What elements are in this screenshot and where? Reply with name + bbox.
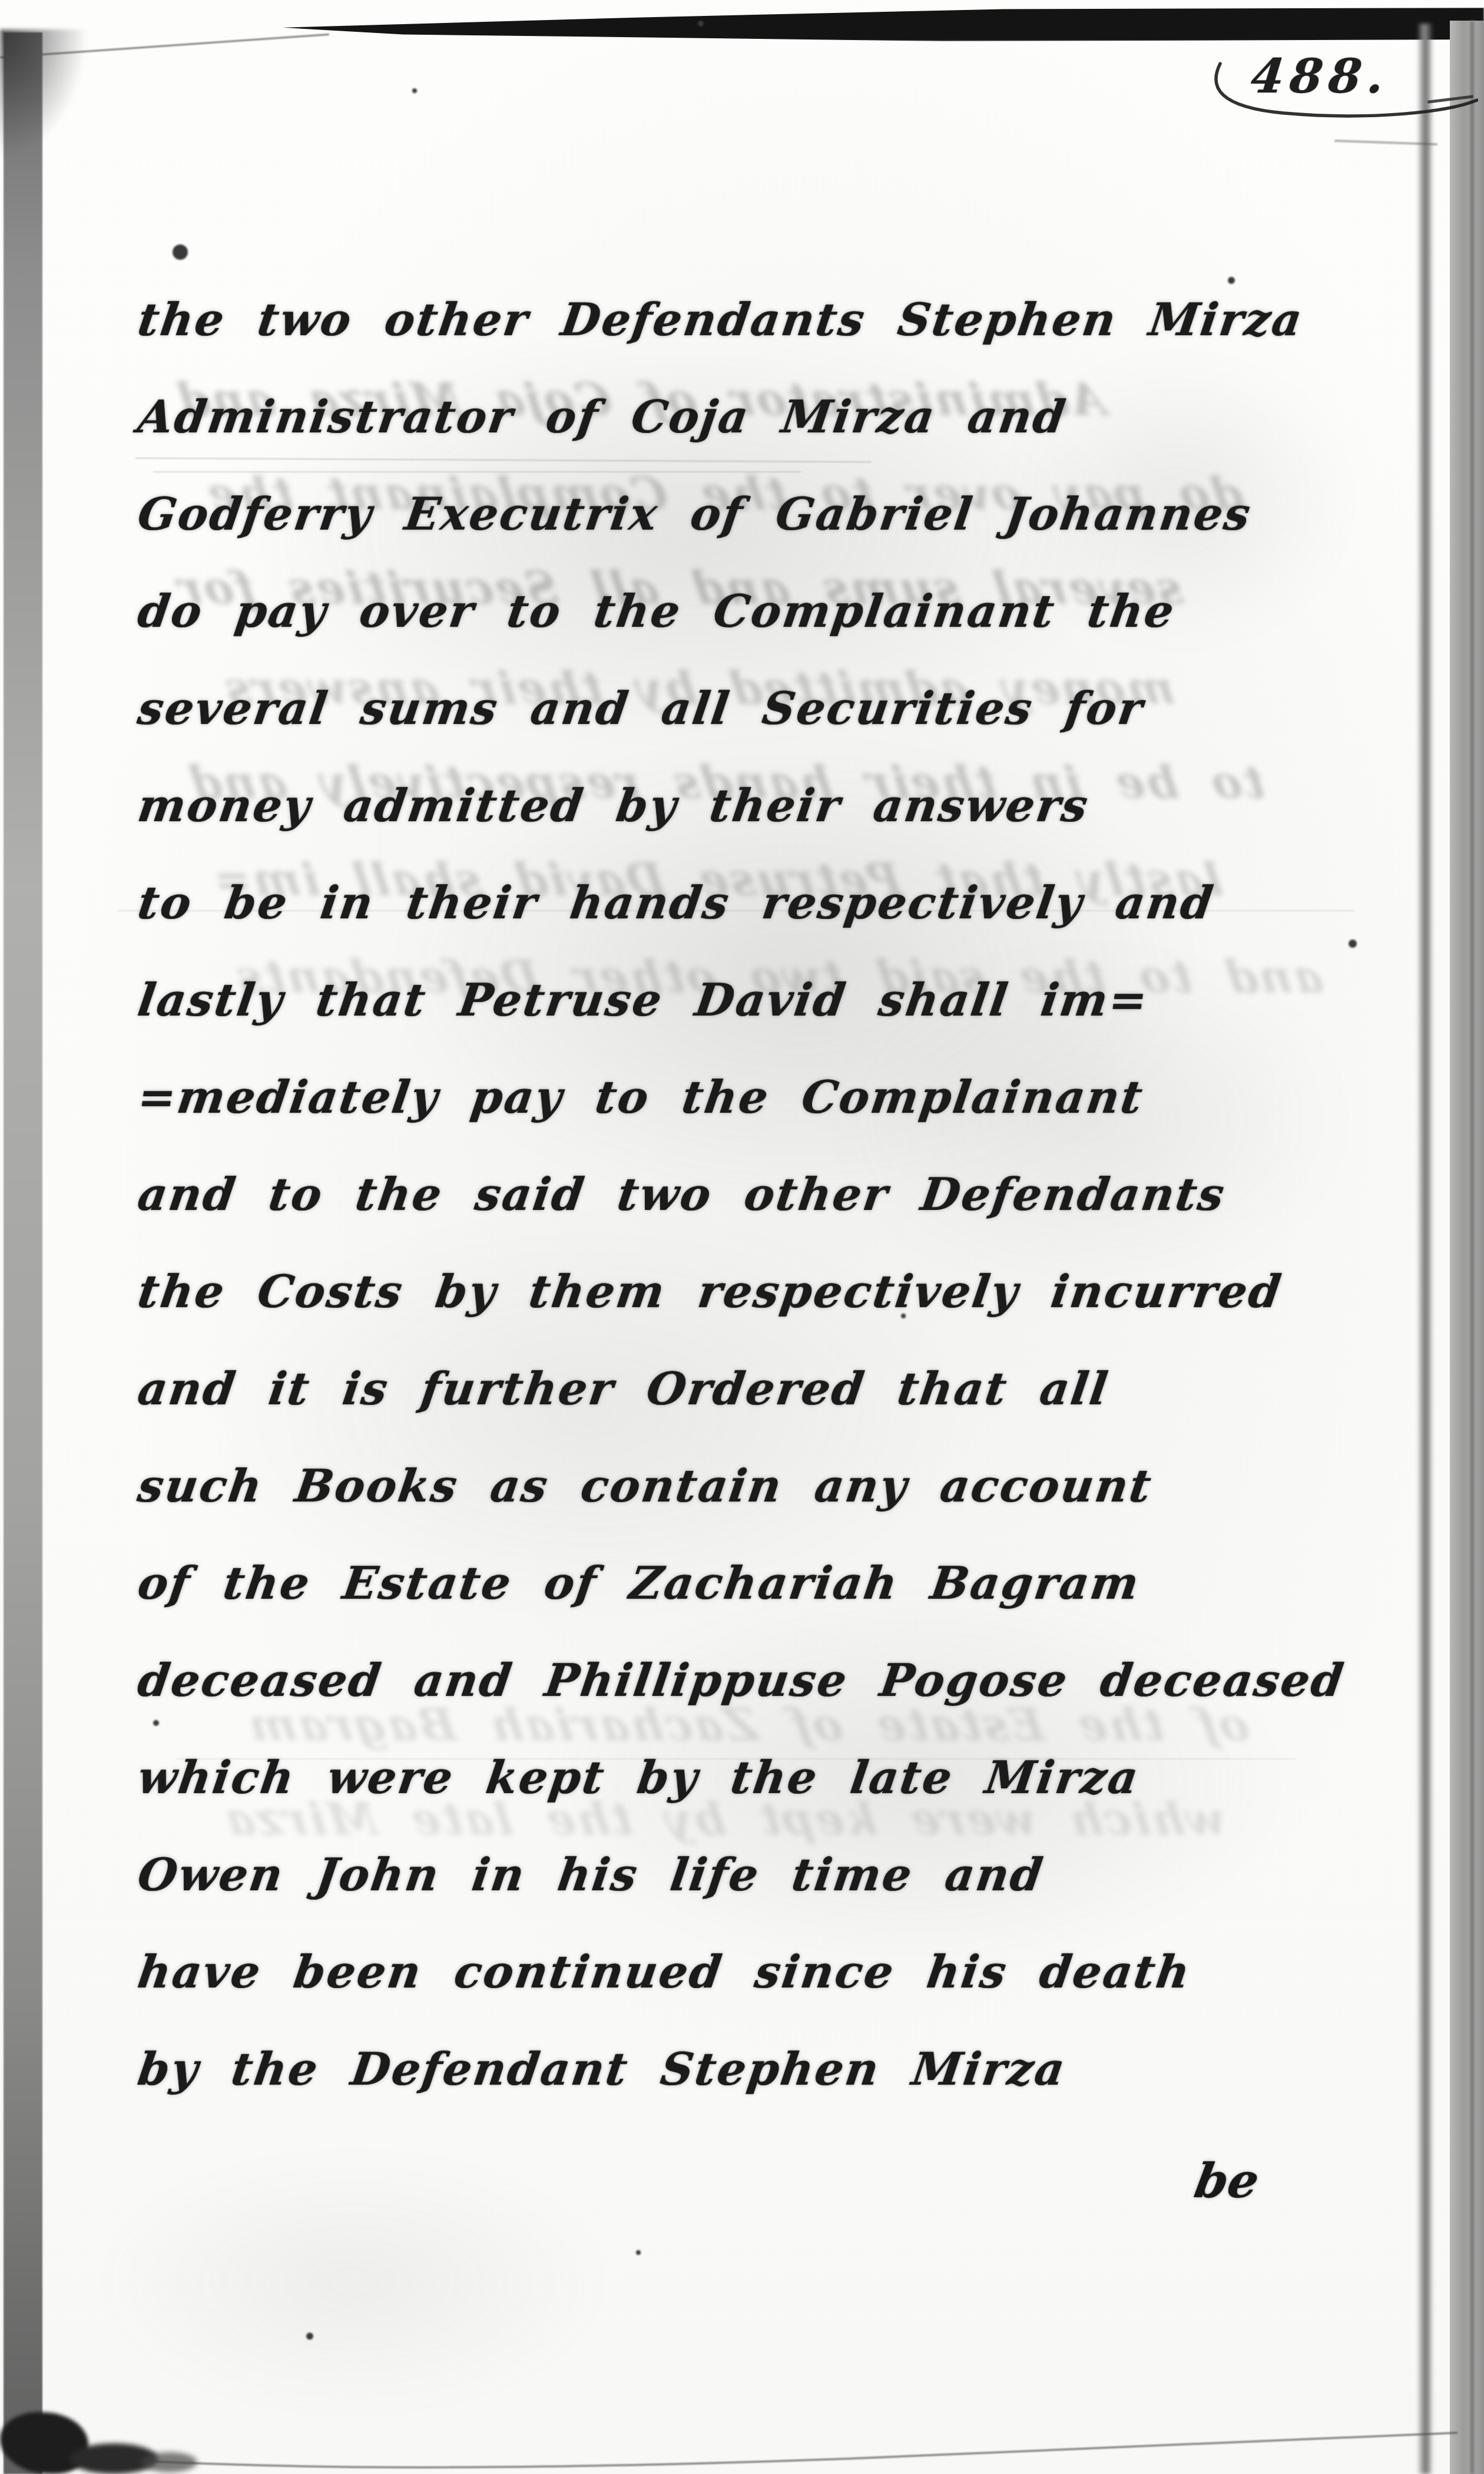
manuscript-line: have been continued since his death xyxy=(135,1950,1408,1995)
scan-speck xyxy=(412,88,417,93)
manuscript-line: do pay over to the Complainant the xyxy=(135,589,1408,634)
manuscript-line: the Costs by them respectively incurred xyxy=(135,1269,1408,1314)
manuscript-line: to be in their hands respectively and xyxy=(135,881,1408,925)
manuscript-line: Godferry Executrix of Gabriel Johannes xyxy=(135,492,1408,537)
manuscript-line: by the Defendant Stephen Mirza xyxy=(135,2047,1408,2092)
manuscript-line: and to the said two other Defendants xyxy=(135,1172,1408,1217)
manuscript-scan-page: 488. Administrator of Coja Mirza and do … xyxy=(0,0,1484,2474)
binding-edge xyxy=(4,32,42,2474)
right-page-edge xyxy=(1450,21,1484,2474)
right-page-edge-line xyxy=(1470,21,1474,2474)
manuscript-line: the two other Defendants Stephen Mirza xyxy=(135,297,1408,342)
manuscript-line: of the Estate of Zachariah Bagram xyxy=(135,1561,1408,1606)
scan-speck xyxy=(306,2333,313,2340)
scan-speck xyxy=(698,21,704,27)
scan-speck xyxy=(636,2250,641,2255)
manuscript-line: Administrator of Coja Mirza and xyxy=(135,395,1408,439)
ghost-text: of the Estate of Zachariah Bagram xyxy=(244,1702,1252,1747)
ink-stain xyxy=(88,2150,618,2415)
manuscript-line: such Books as contain any account xyxy=(135,1464,1408,1509)
scan-speck xyxy=(173,244,188,260)
top-edge-shadow xyxy=(283,7,1484,41)
bottom-page-curve xyxy=(24,2409,1460,2474)
manuscript-line: several sums and all Securities for xyxy=(135,686,1408,731)
manuscript-line: lastly that Petruse David shall im= xyxy=(135,978,1408,1023)
bottom-corner-blob xyxy=(141,2452,197,2472)
manuscript-line: =mediately pay to the Complainant xyxy=(135,1075,1408,1120)
scan-speck xyxy=(153,1720,159,1726)
manuscript-line: Owen John in his life time and xyxy=(135,1853,1408,1897)
manuscript-line: and it is further Ordered that all xyxy=(135,1367,1408,1411)
scan-speck xyxy=(1228,277,1235,284)
right-page-fold-line xyxy=(1417,24,1433,2474)
manuscript-line: which were kept by the late Mirza xyxy=(135,1755,1408,1800)
catchword: be xyxy=(1191,2153,1263,2208)
manuscript-line: money admitted by their answers xyxy=(135,783,1408,828)
top-left-corner-shadow xyxy=(0,29,88,159)
manuscript-line: deceased and Phillippuse Pogose deceased xyxy=(135,1658,1408,1703)
page-number-underline xyxy=(1195,53,1478,141)
scan-speck xyxy=(1349,940,1357,948)
